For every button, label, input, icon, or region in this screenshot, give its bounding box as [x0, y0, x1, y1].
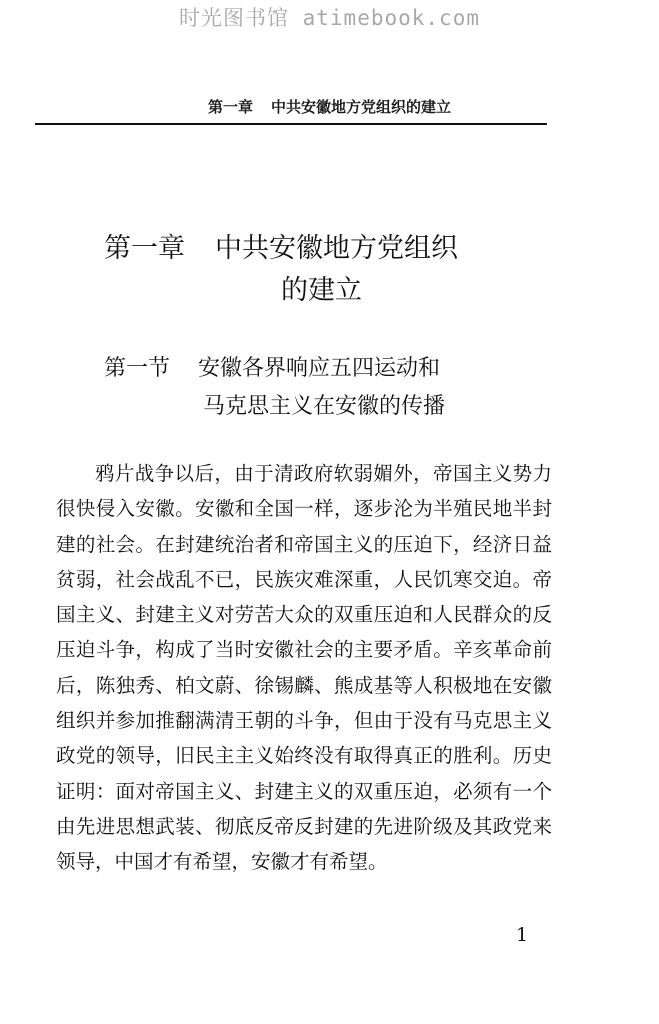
- header-rule: [35, 123, 547, 125]
- watermark: 时光图书馆 atimebook.com: [0, 2, 659, 32]
- section-title-line1: 安徽各界响应五四运动和: [198, 356, 440, 381]
- page-number: 1: [516, 924, 528, 946]
- section-title-line2: 马克思主义在安徽的传播: [104, 388, 524, 426]
- running-header-chapter: 第一章: [208, 98, 253, 116]
- paragraph: 鸦片战争以后，由于清政府软弱媚外，帝国主义势力很快侵入安徽。安徽和全国一样，逐步…: [56, 456, 552, 880]
- section-label: 第一节: [104, 356, 170, 381]
- running-header-title: 中共安徽地方党组织的建立: [271, 98, 451, 116]
- chapter-title-line1: 中共安徽地方党组织: [215, 233, 458, 264]
- section-title: 第一节安徽各界响应五四运动和 马克思主义在安徽的传播: [104, 350, 524, 426]
- running-header: 第一章中共安徽地方党组织的建立: [0, 96, 659, 117]
- body-text: 鸦片战争以后，由于清政府软弱媚外，帝国主义势力很快侵入安徽。安徽和全国一样，逐步…: [56, 456, 552, 880]
- chapter-title-line2: 的建立: [104, 270, 504, 312]
- chapter-label: 第一章: [104, 233, 185, 264]
- chapter-title: 第一章中共安徽地方党组织 的建立: [104, 228, 504, 312]
